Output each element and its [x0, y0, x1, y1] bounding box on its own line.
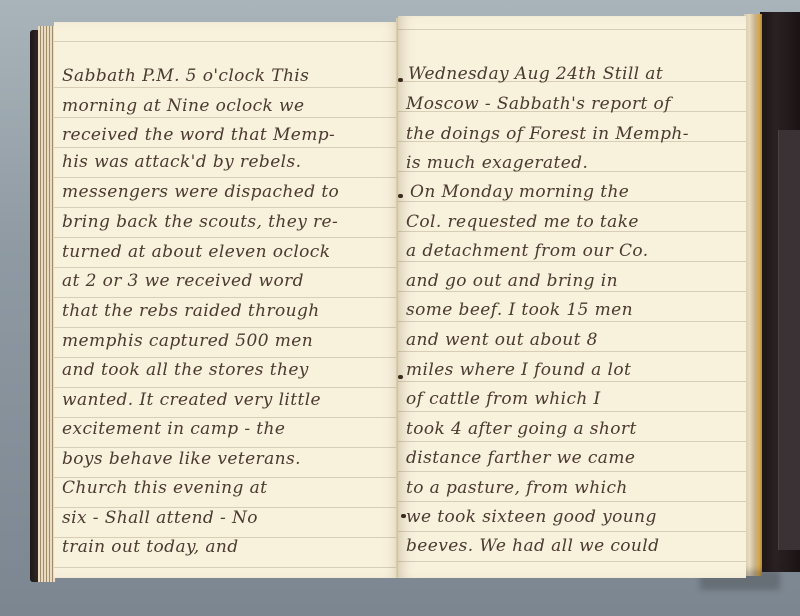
text-line: received the word that Memp- [62, 125, 335, 145]
text-line: Sabbath P.M. 5 o'clock This [62, 66, 309, 86]
binding-stitch [398, 375, 403, 379]
text-line: Church this evening at [62, 478, 267, 498]
text-line: and go out and bring in [406, 271, 618, 291]
text-line: and went out about 8 [406, 330, 598, 350]
text-line: the doings of Forest in Memph- [406, 124, 689, 144]
text-line: Moscow - Sabbath's report of [406, 94, 671, 114]
text-line: distance farther we came [406, 448, 635, 468]
text-line: beeves. We had all we could [406, 536, 659, 556]
text-line: turned at about eleven oclock [62, 242, 330, 262]
cover-pocket [778, 130, 800, 550]
right-page: Wednesday Aug 24th Still at Moscow - Sab… [398, 16, 746, 578]
text-line: to a pasture, from which [406, 478, 628, 498]
text-line: a detachment from our Co. [406, 241, 649, 261]
text-line: is much exagerated. [406, 153, 588, 173]
binding-stitch [398, 194, 403, 198]
text-line: messengers were dispached to [62, 182, 339, 202]
text-line: took 4 after going a short [406, 419, 637, 439]
text-line: On Monday morning the [410, 182, 629, 202]
text-line: bring back the scouts, they re- [62, 212, 338, 232]
text-line: that the rebs raided through [62, 301, 320, 321]
left-page-text: Sabbath P.M. 5 o'clock This morning at N… [54, 22, 400, 578]
text-line: train out today, and [62, 537, 239, 557]
text-line: morning at Nine oclock we [62, 96, 304, 116]
text-line: Wednesday Aug 24th Still at [408, 64, 663, 84]
page-edges-right-gilt [744, 14, 762, 576]
binding-stitch [398, 78, 403, 82]
left-page: Sabbath P.M. 5 o'clock This morning at N… [54, 22, 400, 578]
text-line: wanted. It created very little [62, 390, 321, 410]
text-line: boys behave like veterans. [62, 449, 301, 469]
text-line: we took sixteen good young [406, 507, 657, 527]
text-line: miles where I found a lot [406, 360, 631, 380]
text-line: at 2 or 3 we received word [62, 271, 304, 291]
right-page-text: Wednesday Aug 24th Still at Moscow - Sab… [398, 16, 746, 578]
text-line: and took all the stores they [62, 360, 309, 380]
text-line: memphis captured 500 men [62, 331, 313, 351]
text-line: excitement in camp - the [62, 419, 285, 439]
text-line: some beef. I took 15 men [406, 300, 633, 320]
binding-stitch [401, 514, 406, 518]
text-line: six - Shall attend - No [62, 508, 258, 528]
text-line: Col. requested me to take [406, 212, 639, 232]
text-line: his was attack'd by rebels. [62, 152, 301, 172]
text-line: of cattle from which I [406, 389, 601, 409]
